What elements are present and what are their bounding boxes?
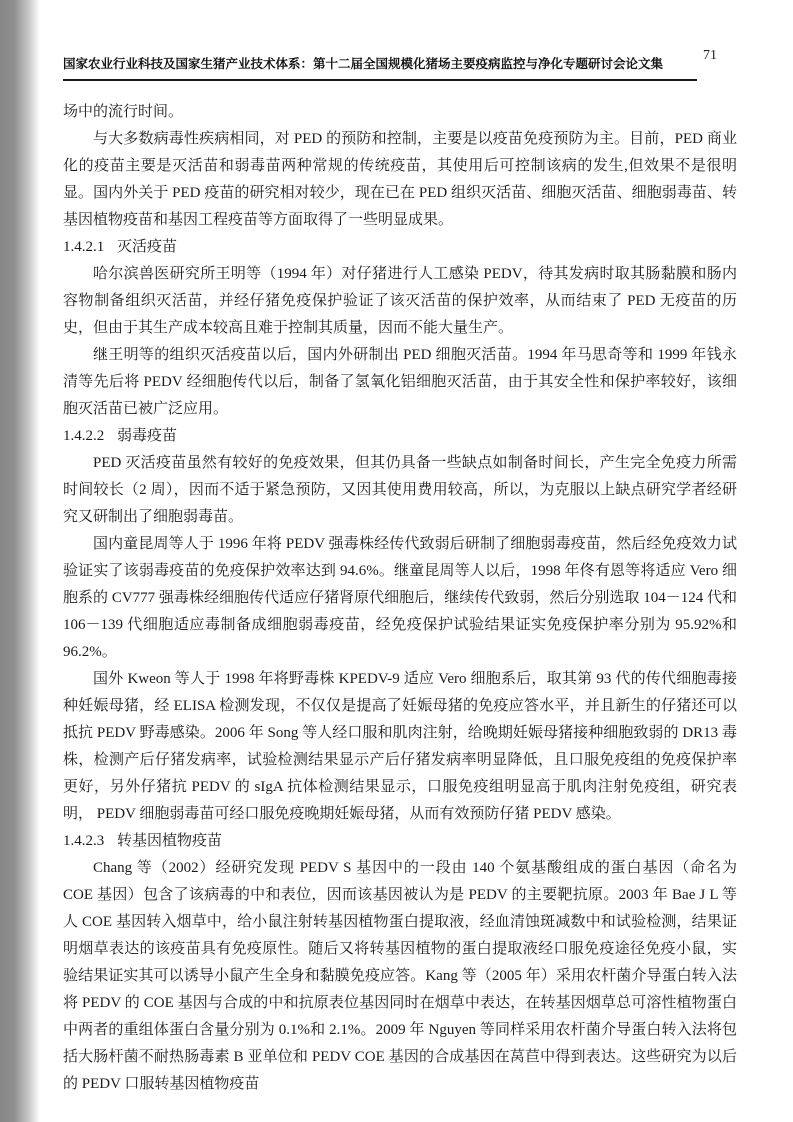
paragraph: Chang 等（2002）经研究发现 PEDV S 基因中的一段由 140 个氨… (63, 855, 737, 1098)
paragraph: 国外 Kweon 等人于 1998 年将野毒株 KPEDV-9 适应 Vero … (63, 666, 737, 828)
document-page: 国家农业行业科技及国家生猪产业技术体系：第十二届全国规模化猪场主要疫病监控与净化… (0, 0, 793, 1122)
section-heading-1-4-2-2: 1.4.2.2弱毒疫苗 (63, 423, 737, 450)
paragraph: PED 灭活疫苗虽然有较好的免疫效果，但其仍具备一些缺点如制备时间长，产生完全免… (63, 450, 737, 531)
section-number: 1.4.2.1 (63, 239, 104, 255)
page-number: 71 (703, 48, 717, 64)
paragraph: 国内童昆周等人于 1996 年将 PEDV 强毒株经传代致弱后研制了细胞弱毒疫苗… (63, 531, 737, 666)
scan-shadow-left (0, 0, 40, 1122)
page-header: 国家农业行业科技及国家生猪产业技术体系：第十二届全国规模化猪场主要疫病监控与净化… (63, 54, 697, 81)
paragraph: 与大多数病毒性疾病相同，对 PED 的预防和控制，主要是以疫苗免疫预防为主。目前… (63, 126, 737, 234)
paragraph: 哈尔滨兽医研究所王明等（1994 年）对仔猪进行人工感染 PEDV，待其发病时取… (63, 261, 737, 342)
section-title: 弱毒疫苗 (117, 428, 177, 444)
section-heading-1-4-2-1: 1.4.2.1灭活疫苗 (63, 234, 737, 261)
section-title: 转基因植物疫苗 (117, 833, 222, 849)
header-title: 国家农业行业科技及国家生猪产业技术体系：第十二届全国规模化猪场主要疫病监控与净化… (63, 57, 663, 71)
paragraph: 继王明等的组织灭活疫苗以后，国内外研制出 PED 细胞灭活苗。1994 年马思奇… (63, 342, 737, 423)
section-number: 1.4.2.3 (63, 833, 104, 849)
paragraph-continuation: 场中的流行时间。 (63, 99, 737, 126)
section-number: 1.4.2.2 (63, 428, 104, 444)
section-title: 灭活疫苗 (117, 239, 177, 255)
section-heading-1-4-2-3: 1.4.2.3转基因植物疫苗 (63, 828, 737, 855)
document-body: 场中的流行时间。 与大多数病毒性疾病相同，对 PED 的预防和控制，主要是以疫苗… (63, 99, 737, 1098)
